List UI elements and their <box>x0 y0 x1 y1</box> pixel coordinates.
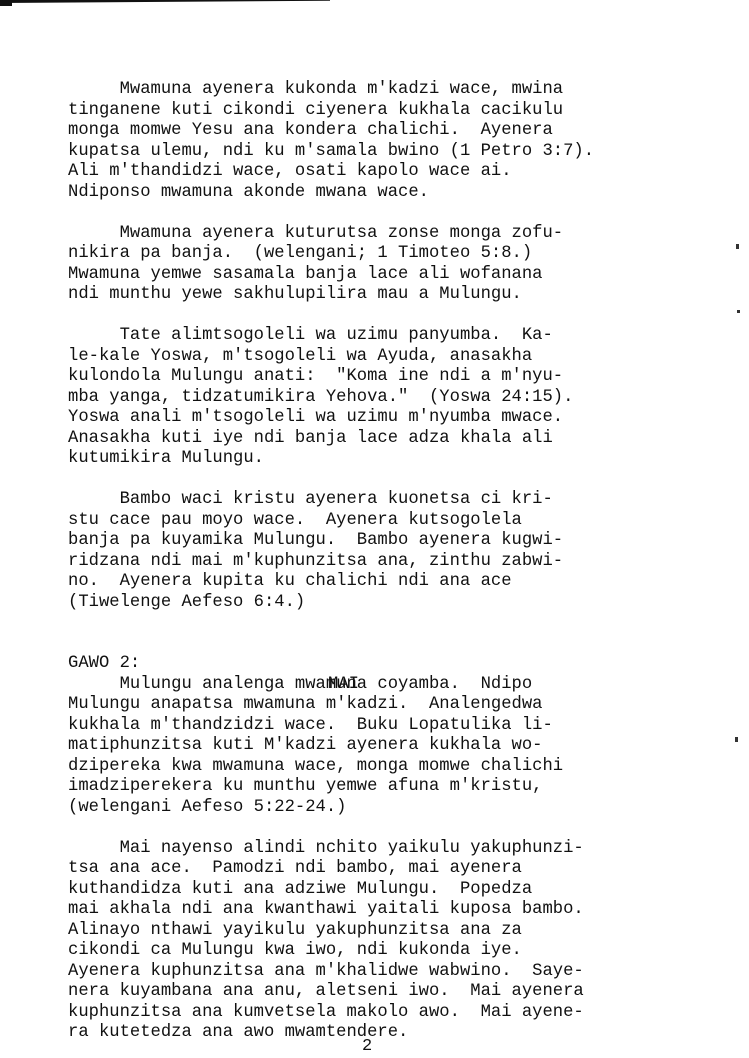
paragraph-husband-love: Mwamuna ayenera kukonda m'kadzi wace, mw… <box>68 80 708 203</box>
section-heading: GAWO 2: MAI <box>68 634 708 655</box>
margin-mark <box>735 737 738 742</box>
paragraph-christian-father: Bambo waci kristu ayenera kuonetsa ci kr… <box>68 490 708 613</box>
scan-edge-line <box>0 0 330 3</box>
paragraph-mother-teaching: Mai nayenso alindi nchito yaikulu yakuph… <box>68 839 708 1044</box>
margin-mark <box>736 244 739 249</box>
document-page: Mwamuna ayenera kukonda m'kadzi wace, mw… <box>68 80 708 1058</box>
margin-mark <box>737 310 740 313</box>
paragraph-father-leader: Tate alimtsogoleli wa uzimu panyumba. Ka… <box>68 326 708 470</box>
scan-edge-mark <box>0 2 12 6</box>
paragraph-wife-created: Mulungu analenga mwamuna coyamba. Ndipo … <box>68 675 708 819</box>
section-title: MAI <box>328 675 359 696</box>
paragraph-husband-provide: Mwamuna ayenera kuturutsa zonse monga zo… <box>68 224 708 306</box>
page-number: 2 <box>362 1037 372 1056</box>
section-label: GAWO 2: <box>68 654 140 675</box>
